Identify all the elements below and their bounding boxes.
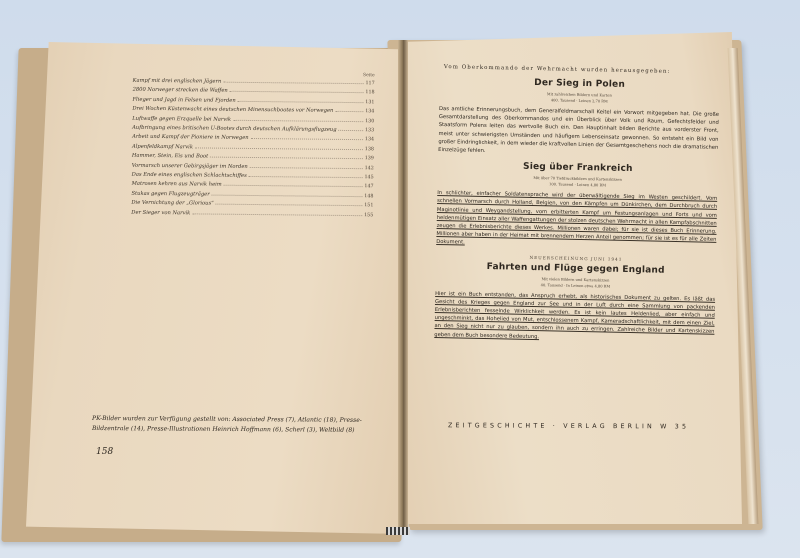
toc-entry-title: Die Vernichtung der „Glorious“: [131, 199, 213, 208]
toc-entries: Kampf mit drei englischen Jägern1172800 …: [131, 77, 374, 221]
toc-leader-dots: [339, 126, 363, 131]
toc-entry-page: 118: [365, 90, 374, 99]
book-entry-poland: Der Sieg in Polen Mit zahlreichen Bilder…: [438, 76, 720, 160]
toc-entry-page: 145: [364, 174, 373, 183]
toc-entry-page: 134: [365, 137, 374, 146]
toc-leader-dots: [230, 87, 364, 93]
book-description: Hier ist ein Buch entstanden, das Anspru…: [434, 290, 715, 345]
toc-entry-title: Vormarsch unserer Gebirgsjäger im Norden: [132, 161, 248, 171]
book-description: In schlichter, einfacher Soldatensprache…: [436, 189, 717, 252]
toc-leader-dots: [195, 143, 363, 150]
toc-entry-page: 151: [364, 202, 373, 211]
publisher-advertisement: Vom Oberkommando der Wehrmacht wurden he…: [434, 64, 720, 351]
page-number: 158: [96, 447, 113, 457]
toc-leader-dots: [249, 172, 363, 178]
toc-leader-dots: [251, 134, 363, 140]
spine-binding-stitch: [386, 527, 410, 535]
toc-leader-dots: [250, 163, 363, 169]
toc-entry-page: 142: [365, 165, 374, 174]
toc-leader-dots: [224, 181, 363, 187]
toc-entry-title: Der Sieger von Narvik: [131, 208, 190, 217]
book-entry-england: NEUERSCHEINUNG JUNI 1941 Fahrten und Flü…: [434, 253, 716, 345]
toc-entry-page: 133: [365, 127, 374, 136]
toc-entry-page: 155: [364, 212, 373, 221]
book-gutter: [398, 40, 408, 534]
toc-leader-dots: [210, 153, 363, 160]
toc-entry-page: 138: [365, 146, 374, 155]
toc-entry-title: Stukas gegen Flugzeugträger: [131, 190, 209, 199]
toc-entry-page: 131: [365, 99, 374, 108]
toc-entry-title: 2800 Norweger strecken die Waffen: [133, 86, 228, 95]
toc-entry-page: 147: [364, 184, 373, 193]
book-entry-france: Sieg über Frankreich Mit über 70 Tiefdru…: [436, 160, 718, 252]
table-of-contents: Seite Kampf mit drei englischen Jägern11…: [131, 71, 375, 221]
toc-leader-dots: [223, 78, 363, 84]
toc-entry-page: 134: [365, 108, 374, 117]
photo-credits: PK-Bilder wurden zur Verfügung gestellt …: [92, 414, 382, 436]
toc-entry-title: Kampf mit drei englischen Jägern: [133, 77, 222, 86]
toc-leader-dots: [335, 107, 363, 112]
book-description: Das amtliche Erinnerungsbuch, dem Genera…: [438, 105, 719, 160]
toc-entry-page: 148: [364, 193, 373, 202]
toc-entry-title: Arbeit und Kampf der Pioniere in Norwege…: [132, 133, 249, 143]
toc-entry-page: 117: [365, 80, 374, 89]
publisher-imprint: ZEITGESCHICHTE · VERLAG BERLIN W 35: [448, 422, 738, 431]
toc-leader-dots: [238, 97, 364, 103]
toc-leader-dots: [233, 115, 363, 121]
toc-leader-dots: [192, 209, 362, 216]
toc-entry-title: Flieger und Jagd in Felsen und Fjorden: [132, 96, 235, 105]
toc-entry-page: 130: [365, 118, 374, 127]
toc-entry-title: Alpenfeldkampf Narvik: [132, 143, 193, 152]
toc-entry-title: Hammer, Stein, Eis und Boot: [132, 152, 208, 161]
toc-leader-dots: [216, 200, 362, 207]
toc-leader-dots: [212, 190, 363, 197]
toc-entry-title: Luftwaffe gegen Erzquelle bei Narvik: [132, 114, 231, 123]
toc-entry-title: Das Ende eines englischen Schlachtschiff…: [132, 171, 247, 181]
toc-entry-page: 139: [365, 155, 374, 164]
toc-entry-title: Matrosen kehren aus Narvik heim: [132, 180, 222, 189]
